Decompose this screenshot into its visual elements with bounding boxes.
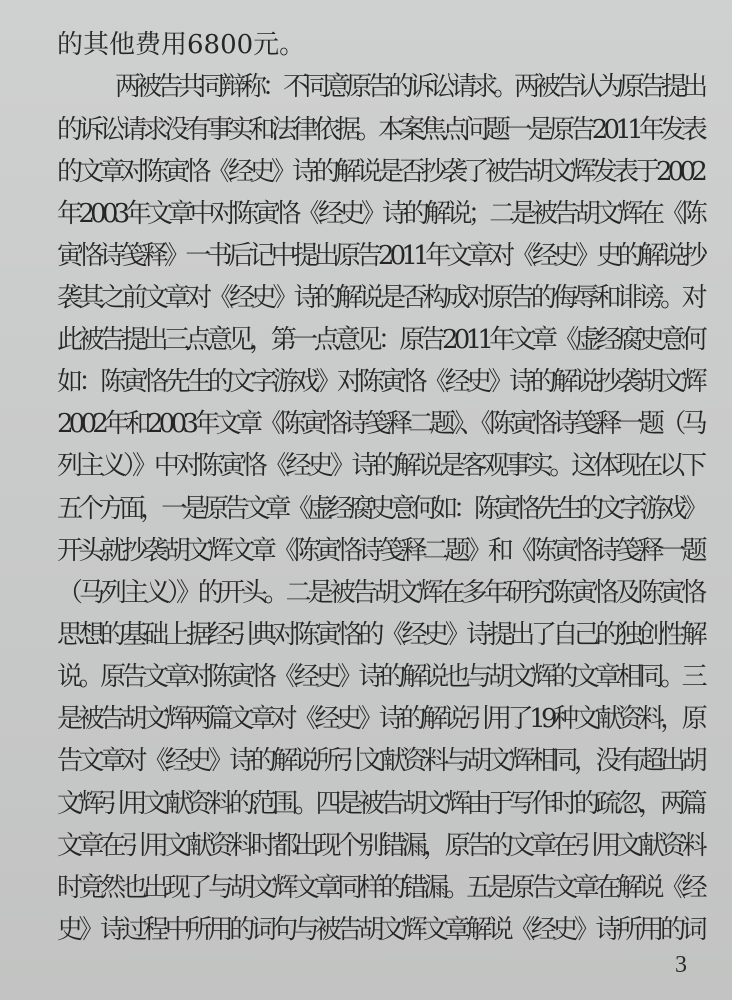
text-line-12: 五个方面，一是原告文章《虚经腐史意何如：陈寅恪先生的文字游戏》 <box>57 488 703 530</box>
text-line-16: 说。原告文章对陈寅恪《经史》诗的解说也与胡文辉的文章相同。三 <box>57 656 703 698</box>
text-line-19: 文辉引用文献资料的范围。四是被告胡文辉由于写作时的疏忽，两篇 <box>57 783 703 825</box>
document-page: 的其他费用6800元。 两被告共同辩称：不同意原告的诉讼请求。两被告认为原告提出… <box>0 0 732 1000</box>
text-line-17: 是被告胡文辉两篇文章对《经史》诗的解说引用了19种文献资料，原 <box>57 698 703 740</box>
page-number: 3 <box>675 950 687 980</box>
text-line-22: 史》诗过程中所用的词句与被告胡文辉文章解说《经史》诗所用的词 <box>57 909 703 951</box>
text-line-21: 时竟然也出现了与胡文辉文章同样的错漏。五是原告文章在解说《经 <box>57 867 703 909</box>
text-line-6: 寅恪诗笺释》一书后记中提出原告2011年文章对《经史》史的解说抄 <box>57 235 703 277</box>
text-line-5: 年2003年文章中对陈寅恪《经史》诗的解说；二是被告胡文辉在《陈 <box>57 193 703 235</box>
text-line-13: 开头就抄袭胡文辉文章《陈寅恪诗笺释二题》和《陈寅恪诗笺释一题 <box>57 530 703 572</box>
text-line-7: 袭其之前文章对《经史》诗的解说是否构成对原告的侮辱和诽谤。对 <box>57 277 703 319</box>
text-line-20: 文章在引用文献资料时都出现个别错漏，原告的文章在引用文献资料 <box>57 825 703 867</box>
text-line-11: 列主义）》中对陈寅恪《经史》诗的解说是客观事实。这体现在以下 <box>57 445 703 487</box>
text-line-3: 的诉讼请求没有事实和法律依据。本案焦点问题一是原告2011年发表 <box>57 109 703 151</box>
text-line-14: （马列主义）》的开头。二是被告胡文辉在多年研究陈寅恪及陈寅恪 <box>57 572 703 614</box>
text-line-9: 如：陈寅恪先生的文字游戏》对陈寅恪《经史》诗的解说抄袭胡文辉 <box>57 361 703 403</box>
text-line-8: 此被告提出三点意见，第一点意见：原告2011年文章《虚经腐史意何 <box>57 319 703 361</box>
text-line-10: 2002年和2003年文章《陈寅恪诗笺释二题》、《陈寅恪诗笺释一题（马 <box>57 403 703 445</box>
text-line-2: 两被告共同辩称：不同意原告的诉讼请求。两被告认为原告提出 <box>115 66 703 108</box>
text-line-4: 的文章对陈寅恪《经史》诗的解说是否抄袭了被告胡文辉发表于2002 <box>57 151 703 193</box>
text-line-15: 思想的基础上据经引典对陈寅恪的《经史》诗提出了自己的独创性解 <box>57 614 703 656</box>
text-line-1: 的其他费用6800元。 <box>57 24 703 66</box>
text-line-18: 告文章对《经史》诗的解说所引文献资料与胡文辉相同，没有超出胡 <box>57 740 703 782</box>
